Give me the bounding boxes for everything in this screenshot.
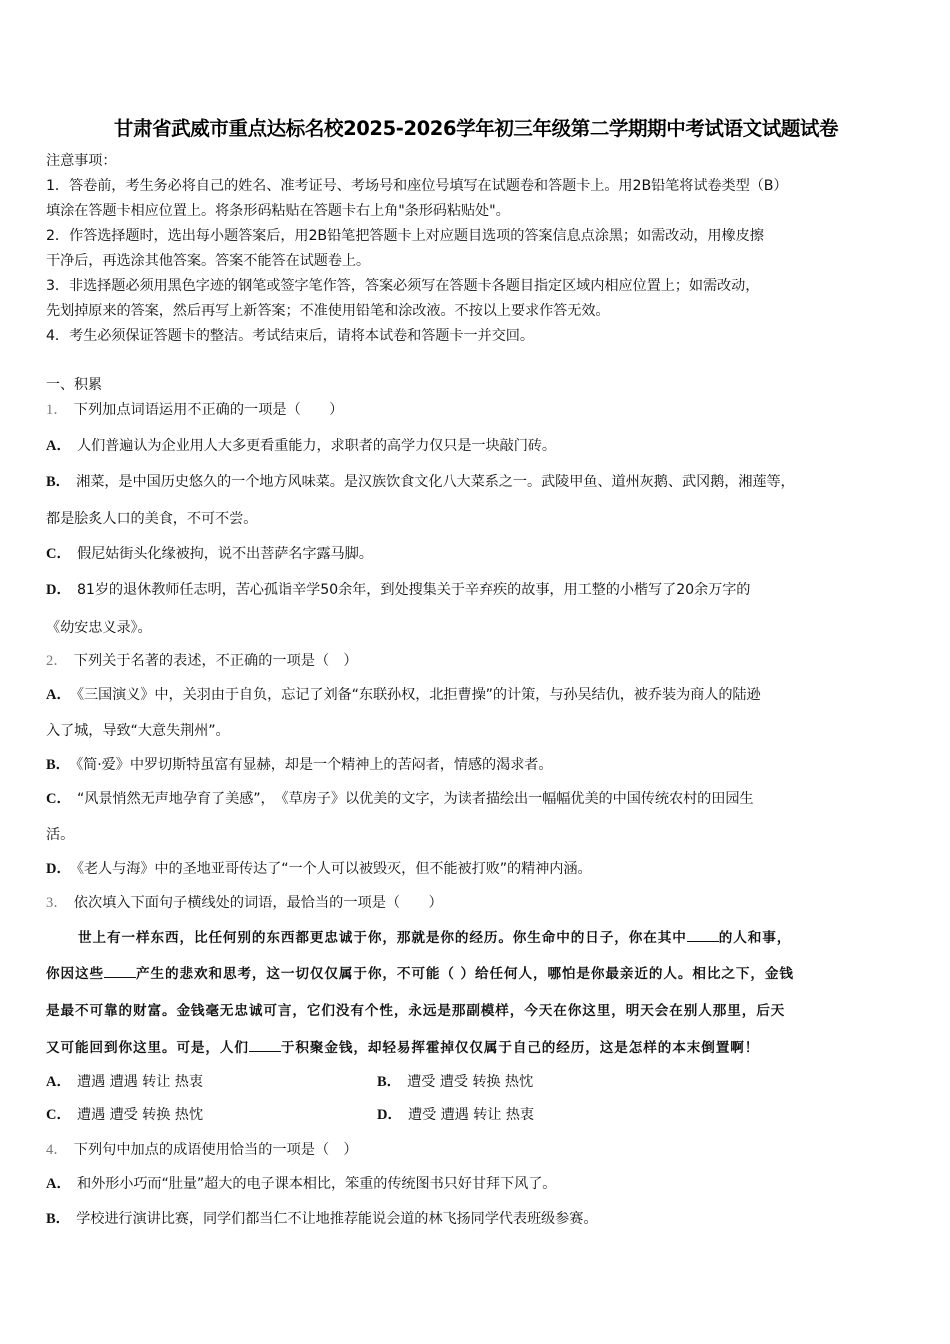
question-3-stem: 3．依次填入下面句子横线处的词语，最恰当的一项是（ ）: [46, 894, 443, 912]
q4-option-a: A．和外形小巧而“肚量”超大的电子课本相比，笨重的传统图书只好甘拜下风了。: [46, 1175, 556, 1193]
question-text: 下列句中加点的成语使用恰当的一项是（ ）: [74, 1142, 358, 1158]
q1-option-b: B．湘菜，是中国历史悠久的一个地方风味菜。是汉族饮食文化八大菜系之一。武陵甲鱼、…: [46, 473, 795, 491]
notice-line: 1．答卷前，考生务必将自己的姓名、准考证号、考场号和座位号填写在试题卷和答题卡上…: [46, 177, 788, 195]
fill-blank-2: [104, 965, 136, 978]
passage-line: 是最不可靠的财富。金钱毫无忠诚可言，它们没有个性，永远是那副模样，今天在你这里，…: [46, 1002, 785, 1020]
option-label: D．: [46, 861, 71, 877]
question-1-stem: 1．下列加点词语运用不正确的一项是（ ）: [46, 401, 343, 419]
question-text: 下列关于名著的表述，不正确的一项是（ ）: [74, 653, 358, 669]
q3-option-c: C．遭遇 遭受 转换 热忱: [46, 1106, 203, 1124]
passage-line: 世上有一样东西，比任何别的东西都更忠诚于你，那就是你的经历。你生命中的日子，你在…: [78, 929, 791, 947]
question-text: 依次填入下面句子横线处的词语，最恰当的一项是（ ）: [74, 895, 443, 911]
q2-option-a: A．《三国演义》中，关羽由于自负，忘记了刘备“东联孙权，北拒曹操”的计策，与孙吴…: [46, 686, 761, 704]
option-label: B．: [377, 1074, 401, 1090]
notice-line: 填涂在答题卡相应位置上。将条形码粘贴在答题卡右上角"条形码粘贴处"。: [46, 202, 510, 220]
question-number: 2．: [46, 653, 68, 669]
notice-line: 3．非选择题必须用黑色字迹的钢笔或签字笔作答，答案必须写在答题卡各题目指定区域内…: [46, 277, 759, 295]
passage-text: 世上有一样东西，比任何别的东西都更忠诚于你，那就是你的经历。你生命中的日子，你在…: [78, 930, 687, 946]
q3-option-d: D．遭受 遭遇 转让 热衷: [377, 1106, 534, 1124]
option-label: C．: [46, 546, 71, 562]
option-label: A．: [46, 687, 71, 703]
question-4-stem: 4．下列句中加点的成语使用恰当的一项是（ ）: [46, 1141, 358, 1159]
option-label: B．: [46, 757, 70, 773]
option-label: A．: [46, 438, 71, 454]
notice-line: 2．作答选择题时，选出每小题答案后，用2B铅笔把答题卡上对应题目选项的答案信息点…: [46, 227, 764, 245]
option-text: 遭遇 遭受 转换 热忱: [77, 1107, 203, 1123]
question-text: 下列加点词语运用不正确的一项是（ ）: [74, 402, 344, 418]
option-text: 人们普遍认为企业用人大多更看重能力，求职者的高学力仅只是一块敲门砖。: [77, 438, 556, 454]
fill-blank-4: [249, 1039, 281, 1052]
section-heading: 一、积累: [46, 376, 102, 394]
q3-option-a: A．遭遇 遭遇 转让 热衷: [46, 1073, 203, 1091]
question-number: 1．: [46, 402, 68, 418]
option-text: 湘菜，是中国历史悠久的一个地方风味菜。是汉族饮食文化八大菜系之一。武陵甲鱼、道州…: [76, 474, 794, 490]
notice-line: 先划掉原来的答案，然后再写上新答案；不准使用铅笔和涂改液。不按以上要求作答无效。: [46, 302, 610, 320]
fill-blank-1: [687, 929, 719, 942]
document-title: 甘肃省武威市重点达标名校2025-2026学年初三年级第二学期期中考试语文试题试…: [46, 113, 906, 141]
passage-text: 你因这些: [46, 966, 104, 982]
option-label: C．: [46, 1107, 71, 1123]
passage-line: 你因这些产生的悲欢和思考，这一切仅仅属于你，不可能（ ）给任何人，哪怕是你最亲近…: [46, 965, 794, 983]
option-text: 假尼姑街头化缘被拘，说不出菩萨名字露马脚。: [77, 546, 373, 562]
option-text: 学校进行演讲比赛，同学们都当仁不让地推荐能说会道的林飞扬同学代表班级参赛。: [76, 1211, 597, 1227]
question-number: 3．: [46, 895, 68, 911]
q4-option-b: B．学校进行演讲比赛，同学们都当仁不让地推荐能说会道的林飞扬同学代表班级参赛。: [46, 1210, 597, 1228]
option-text: 遭受 遭遇 转让 热衷: [408, 1107, 534, 1123]
option-text: 《三国演义》中，关羽由于自负，忘记了刘备“东联孙权，北拒曹操”的计策，与孙吴结仇…: [77, 687, 761, 703]
option-label: D．: [377, 1107, 402, 1123]
q2-option-c-cont: 活。: [46, 826, 74, 844]
option-text: 遭遇 遭遇 转让 热衷: [77, 1074, 203, 1090]
notice-heading: 注意事项：: [46, 152, 116, 170]
q2-option-d: D．《老人与海》中的圣地亚哥传达了“一个人可以被毁灭，但不能被打败”的精神内涵。: [46, 860, 592, 878]
q1-option-a: A．人们普遍认为企业用人大多更看重能力，求职者的高学力仅只是一块敲门砖。: [46, 437, 556, 455]
notice-line: 4．考生必须保证答题卡的整洁。考试结束后，请将本试卷和答题卡一并交回。: [46, 327, 534, 345]
q3-option-b: B．遭受 遭受 转换 热忱: [377, 1073, 533, 1091]
notice-line: 干净后，再选涂其他答案。答案不能答在试题卷上。: [46, 252, 370, 270]
option-label: A．: [46, 1176, 71, 1192]
q2-option-b: B．《简·爱》中罗切斯特虽富有显赫，却是一个精神上的苦闷者，情感的渴求者。: [46, 756, 552, 774]
q1-option-d: D．81岁的退休教师任志明，苦心孤诣辛学50余年，到处搜集关于辛弃疾的故事，用工…: [46, 581, 750, 599]
option-text: 81岁的退休教师任志明，苦心孤诣辛学50余年，到处搜集关于辛弃疾的故事，用工整的…: [77, 582, 750, 598]
q1-option-d-cont: 《幼安忠义录》。: [46, 619, 152, 637]
passage-text: 于积聚金钱，却轻易挥霍掉仅仅属于自己的经历，这是怎样的本末倒置啊！: [281, 1040, 759, 1056]
option-label: C．: [46, 791, 71, 807]
passage-text: 的人和事，: [719, 930, 791, 946]
q2-option-c: C．“风景悄然无声地孕育了美感”， 《草房子》以优美的文字，为读者描绘出一幅幅优…: [46, 790, 754, 808]
option-label: B．: [46, 1211, 70, 1227]
option-label: B．: [46, 474, 70, 490]
option-label: A．: [46, 1074, 71, 1090]
passage-text: 又可能回到你这里。可是，人们: [46, 1040, 249, 1056]
q2-option-a-cont: 入了城，导致“大意失荆州”。: [46, 722, 230, 740]
q1-option-c: C．假尼姑街头化缘被拘，说不出菩萨名字露马脚。: [46, 545, 373, 563]
passage-text: 产生的悲欢和思考，这一切仅仅属于你，不可能（ ）给任何人，哪怕是你最亲近的人。相…: [136, 966, 794, 982]
question-number: 4．: [46, 1142, 68, 1158]
option-text: “风景悄然无声地孕育了美感”， 《草房子》以优美的文字，为读者描绘出一幅幅优美的…: [77, 791, 754, 807]
option-text: 遭受 遭受 转换 热忱: [407, 1074, 533, 1090]
option-text: 《简·爱》中罗切斯特虽富有显赫，却是一个精神上的苦闷者，情感的渴求者。: [76, 757, 552, 773]
q1-option-b-cont: 都是脍炙人口的美食，不可不尝。: [46, 510, 257, 528]
option-text: 《老人与海》中的圣地亚哥传达了“一个人可以被毁灭，但不能被打败”的精神内涵。: [77, 861, 592, 877]
option-label: D．: [46, 582, 71, 598]
option-text: 和外形小巧而“肚量”超大的电子课本相比，笨重的传统图书只好甘拜下风了。: [77, 1176, 556, 1192]
passage-line: 又可能回到你这里。可是，人们于积聚金钱，却轻易挥霍掉仅仅属于自己的经历，这是怎样…: [46, 1039, 759, 1057]
question-2-stem: 2．下列关于名著的表述，不正确的一项是（ ）: [46, 652, 358, 670]
